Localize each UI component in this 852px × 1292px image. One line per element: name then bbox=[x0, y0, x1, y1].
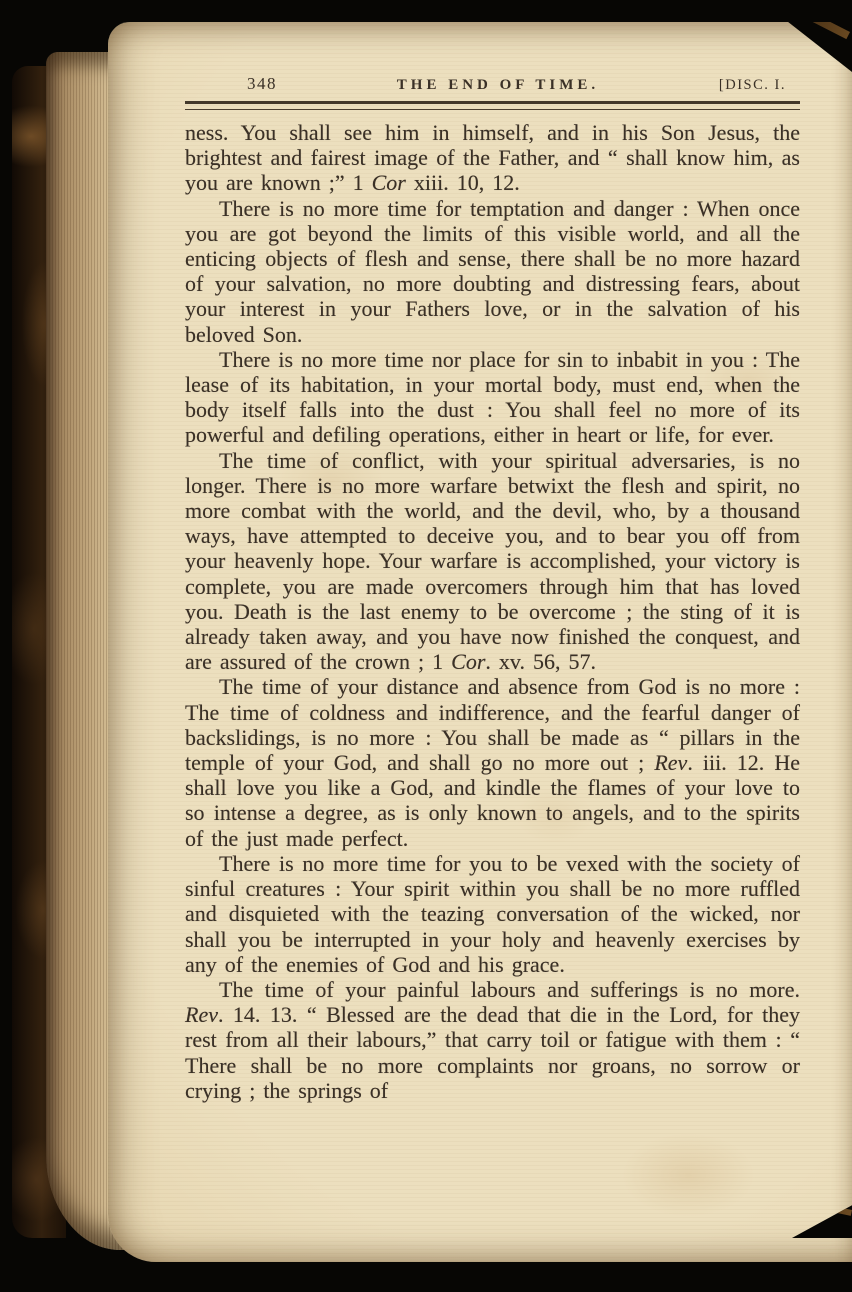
printed-area: 348 THE END OF TIME. [DISC. I. ness. You… bbox=[108, 22, 852, 1103]
paragraph: The time of conflict, with your spiritua… bbox=[185, 448, 800, 675]
page-text: ness. You shall see him in himself, and … bbox=[185, 120, 800, 1103]
paragraph: There is no more time for temptation and… bbox=[185, 196, 800, 347]
shadow-corner-bottom-right bbox=[792, 1198, 852, 1238]
book-page: 348 THE END OF TIME. [DISC. I. ness. You… bbox=[108, 22, 852, 1262]
page-number: 348 bbox=[247, 74, 277, 94]
running-title: THE END OF TIME. bbox=[397, 77, 599, 94]
paragraph: There is no more time nor place for sin … bbox=[185, 347, 800, 448]
paragraph: ness. You shall see him in himself, and … bbox=[185, 120, 800, 196]
paragraph: The time of your distance and absence fr… bbox=[185, 674, 800, 850]
section-marker: [DISC. I. bbox=[719, 77, 786, 94]
header-rule bbox=[185, 101, 800, 110]
paragraph: There is no more time for you to be vexe… bbox=[185, 851, 800, 977]
book-photo: 348 THE END OF TIME. [DISC. I. ness. You… bbox=[0, 0, 852, 1292]
page-header: 348 THE END OF TIME. [DISC. I. bbox=[185, 74, 800, 94]
paragraph: The time of your painful labours and suf… bbox=[185, 977, 800, 1103]
